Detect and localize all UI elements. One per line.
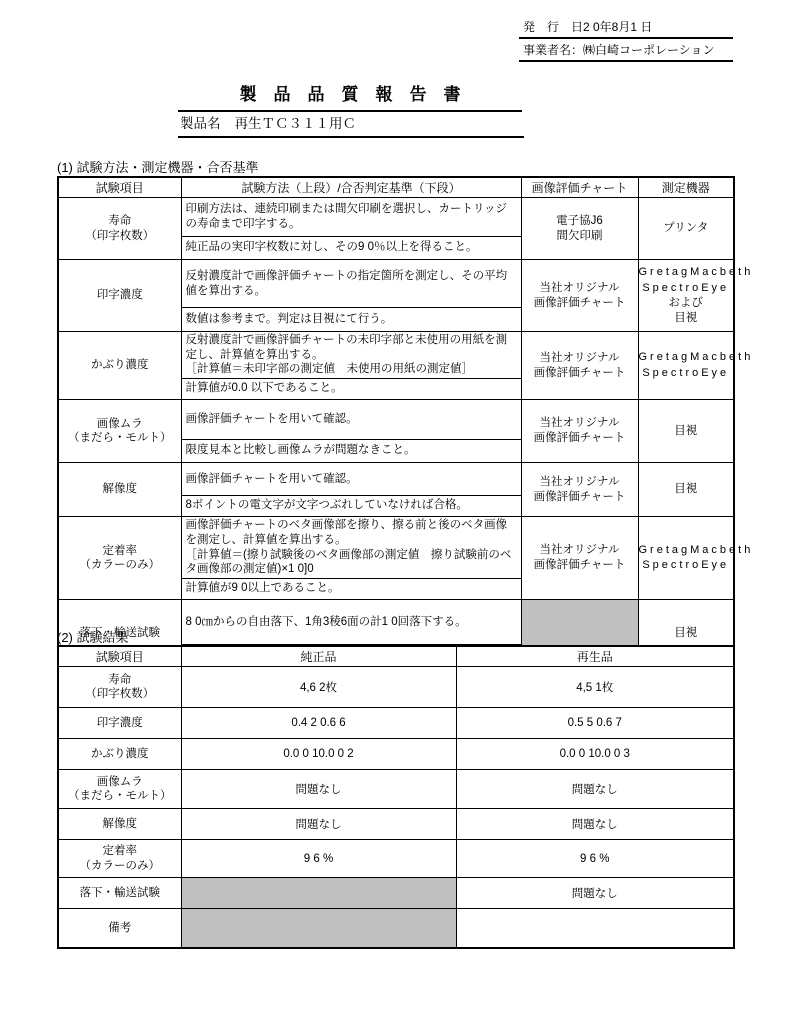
genuine-value: 問題なし — [181, 809, 456, 840]
test-item-cell: 印字濃度 — [58, 708, 181, 739]
method-cell: 印刷方法は、連続印刷または間欠印刷を選択し、カートリッジの寿命まで印字する。 — [181, 198, 521, 237]
recycled-value — [456, 909, 734, 949]
product-line: 製品名再生ＴＣ３１１用Ｃ — [178, 110, 524, 138]
genuine-value: 0.0 0 10.0 0 2 — [181, 739, 456, 770]
criteria-cell: 限度見本と比較し画像ムラが問題なきこと。 — [181, 440, 521, 463]
header-block: 発 行 日2 0年8月1 日 事業者名：㈱白崎コーポレーション — [519, 16, 733, 62]
section1-heading: (1) 試験方法・測定機器・合否基準 — [57, 157, 259, 176]
table-row-image-unevenness: 画像ムラ （まだら・モルト） 画像評価チャートを用いて確認。 当社オリジナル 画… — [58, 400, 734, 440]
section2-heading: (2) 試験結果 — [57, 627, 129, 646]
result-row-remarks: 備考 — [58, 909, 734, 949]
method-cell: 画像評価チャートのベタ画像部を擦り、擦る前と後のベタ画像を測定し、計算値を算出す… — [181, 517, 521, 579]
col-header-test-item: 試験項目 — [58, 177, 181, 198]
equipment-device: GretagMacbeth SpectroEye — [639, 543, 734, 574]
test-item-cell: 寿命 （印字枚数） — [58, 198, 181, 260]
criteria-cell: 8ポイントの電文字が文字つぶれしていなければ合格。 — [181, 496, 521, 517]
test-item-cell: 定着率 （カラーのみ） — [58, 517, 181, 600]
method-cell: 反射濃度計で画像評価チャートの指定箇所を測定し、その平均値を算出する。 — [181, 260, 521, 308]
test-method-table: 試験項目 試験方法（上段）/合否判定基準（下段） 画像評価チャート 測定機器 寿… — [57, 176, 735, 669]
criteria-cell: 純正品の実印字枚数に対し、その9 0％以上を得ること。 — [181, 237, 521, 260]
genuine-value: 0.4 2 0.6 6 — [181, 708, 456, 739]
equipment-cell: GretagMacbeth SpectroEye — [638, 517, 734, 600]
result-row-image-unevenness: 画像ムラ （まだら・モルト） 問題なし 問題なし — [58, 770, 734, 809]
test-item-cell: 備考 — [58, 909, 181, 949]
genuine-value-shaded — [181, 878, 456, 909]
test-item-cell: 解像度 — [58, 809, 181, 840]
result-row-fog-density: かぶり濃度 0.0 0 10.0 0 2 0.0 0 10.0 0 3 — [58, 739, 734, 770]
table-row-drop-test: 落下・輸送試験 8 0㎝からの自由落下、1角3稜6面の計1 0回落下する。 目視 — [58, 600, 734, 645]
genuine-value-shaded — [181, 909, 456, 949]
criteria-cell: 数値は参考まで。判定は目視にて行う。 — [181, 308, 521, 332]
equipment-text: 目視 — [639, 482, 734, 497]
equipment-text: 目視 — [639, 424, 734, 439]
recycled-value: 問題なし — [456, 809, 734, 840]
method-cell: 反射濃度計で画像評価チャートの未印字部と未使用の用紙を測定し、計算値を算出する。… — [181, 332, 521, 379]
recycled-value: 0.5 5 0.6 7 — [456, 708, 734, 739]
col-header-recycled: 再生品 — [456, 646, 734, 667]
chart-cell: 当社オリジナル 画像評価チャート — [521, 463, 638, 517]
equipment-cell: 目視 — [638, 400, 734, 463]
genuine-value: 4,6 2枚 — [181, 667, 456, 708]
product-name: 再生ＴＣ３１１用Ｃ — [235, 116, 357, 131]
chart-cell: 電子協J6 間欠印刷 — [521, 198, 638, 260]
chart-cell: 当社オリジナル 画像評価チャート — [521, 260, 638, 332]
method-cell: 8 0㎝からの自由落下、1角3稜6面の計1 0回落下する。 — [181, 600, 521, 645]
result-row-resolution: 解像度 問題なし 問題なし — [58, 809, 734, 840]
table-row-fog-density: かぶり濃度 反射濃度計で画像評価チャートの未印字部と未使用の用紙を測定し、計算値… — [58, 332, 734, 379]
test-item-cell: 画像ムラ （まだら・モルト） — [58, 400, 181, 463]
method-cell: 画像評価チャートを用いて確認。 — [181, 463, 521, 496]
genuine-value: 9 6 % — [181, 840, 456, 878]
chart-cell: 当社オリジナル 画像評価チャート — [521, 517, 638, 600]
recycled-value: 問題なし — [456, 770, 734, 809]
test-item-cell: 寿命 （印字枚数） — [58, 667, 181, 708]
equipment-text: および 目視 — [639, 296, 734, 326]
test-result-table: 試験項目 純正品 再生品 寿命 （印字枚数） 4,6 2枚 4,5 1枚 印字濃… — [57, 645, 735, 949]
method-cell: 画像評価チャートを用いて確認。 — [181, 400, 521, 440]
criteria-cell: 計算値が0.0 以下であること。 — [181, 379, 521, 400]
equipment-text: 目視 — [639, 626, 734, 641]
result-row-life: 寿命 （印字枚数） 4,6 2枚 4,5 1枚 — [58, 667, 734, 708]
col-header-genuine: 純正品 — [181, 646, 456, 667]
recycled-value: 0.0 0 10.0 0 3 — [456, 739, 734, 770]
test-item-cell: かぶり濃度 — [58, 739, 181, 770]
test-item-cell: 画像ムラ （まだら・モルト） — [58, 770, 181, 809]
test-item-cell: 印字濃度 — [58, 260, 181, 332]
equipment-cell: GretagMacbeth SpectroEyeおよび 目視 — [638, 260, 734, 332]
genuine-value: 問題なし — [181, 770, 456, 809]
result-row-drop-test: 落下・輸送試験 問題なし — [58, 878, 734, 909]
col-header-equipment: 測定機器 — [638, 177, 734, 198]
equipment-device: GretagMacbeth SpectroEye — [639, 265, 734, 296]
col-header-test-item: 試験項目 — [58, 646, 181, 667]
chart-cell: 当社オリジナル 画像評価チャート — [521, 332, 638, 400]
test-item-cell: 定着率 （カラーのみ） — [58, 840, 181, 878]
test-item-cell: 落下・輸送試験 — [58, 878, 181, 909]
issue-date: 発 行 日2 0年8月1 日 — [519, 16, 733, 39]
recycled-value: 問題なし — [456, 878, 734, 909]
result-row-fixing-rate: 定着率 （カラーのみ） 9 6 % 9 6 % — [58, 840, 734, 878]
business-name: 事業者名：㈱白崎コーポレーション — [519, 39, 733, 62]
equipment-cell: 目視 — [638, 463, 734, 517]
table-row-resolution: 解像度 画像評価チャートを用いて確認。 当社オリジナル 画像評価チャート 目視 — [58, 463, 734, 496]
chart-cell: 当社オリジナル 画像評価チャート — [521, 400, 638, 463]
table-row-print-density: 印字濃度 反射濃度計で画像評価チャートの指定箇所を測定し、その平均値を算出する。… — [58, 260, 734, 308]
result-row-print-density: 印字濃度 0.4 2 0.6 6 0.5 5 0.6 7 — [58, 708, 734, 739]
equipment-cell: プリンタ — [638, 198, 734, 260]
criteria-cell: 計算値が9 0以上であること。 — [181, 579, 521, 600]
table1-header-row: 試験項目 試験方法（上段）/合否判定基準（下段） 画像評価チャート 測定機器 — [58, 177, 734, 198]
test-item-cell: かぶり濃度 — [58, 332, 181, 400]
equipment-device: GretagMacbeth SpectroEye — [639, 350, 734, 381]
table2-header-row: 試験項目 純正品 再生品 — [58, 646, 734, 667]
col-header-chart: 画像評価チャート — [521, 177, 638, 198]
table-row-life: 寿命 （印字枚数） 印刷方法は、連続印刷または間欠印刷を選択し、カートリッジの寿… — [58, 198, 734, 237]
table-row-fixing-rate: 定着率 （カラーのみ） 画像評価チャートのベタ画像部を擦り、擦る前と後のベタ画像… — [58, 517, 734, 579]
test-item-cell: 解像度 — [58, 463, 181, 517]
equipment-text: プリンタ — [639, 221, 734, 236]
product-label: 製品名 — [180, 116, 221, 131]
recycled-value: 4,5 1枚 — [456, 667, 734, 708]
col-header-method: 試験方法（上段）/合否判定基準（下段） — [181, 177, 521, 198]
equipment-cell: GretagMacbeth SpectroEye — [638, 332, 734, 400]
page-title: 製 品 品 質 報 告 書 — [178, 80, 522, 112]
recycled-value: 9 6 % — [456, 840, 734, 878]
